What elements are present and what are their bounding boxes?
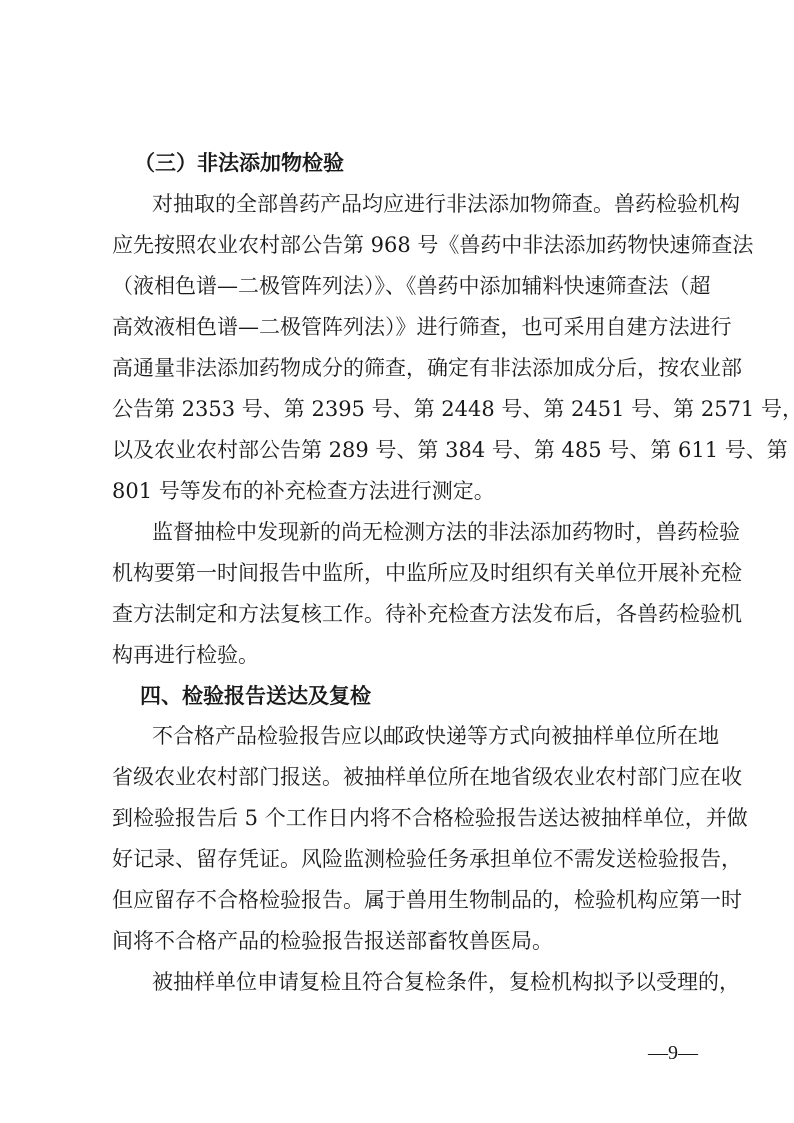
- section-heading-illegal-additives: （三）非法添加物检验: [112, 143, 690, 184]
- text-line: 801 号等发布的补充检查方法进行测定。: [112, 471, 690, 512]
- text-line: 查方法制定和方法复核工作。待补充检查方法发布后，各兽药检验机: [112, 594, 690, 635]
- page-number: —9—: [628, 1042, 698, 1065]
- text-line: （液相色谱—二极管阵列法）》、《兽药中添加辅料快速筛查法（超: [112, 266, 690, 307]
- text-line: 到检验报告后 5 个工作日内将不合格检验报告送达被抽样单位，并做: [112, 798, 690, 839]
- text-line: 应先按照农业农村部公告第 968 号《兽药中非法添加药物快速筛查法: [112, 225, 690, 266]
- text-line: 构再进行检验。: [112, 635, 690, 676]
- text-line: 但应留存不合格检验报告。属于兽用生物制品的，检验机构应第一时: [112, 880, 690, 921]
- text-line: 高通量非法添加药物成分的筛查，确定有非法添加成分后，按农业部: [112, 348, 690, 389]
- text-line: 公告第 2353 号、第 2395 号、第 2448 号、第 2451 号、第 …: [112, 389, 690, 430]
- text-line: 省级农业农村部门报送。被抽样单位所在地省级农业农村部门应在收: [112, 757, 690, 798]
- text-line: 高效液相色谱—二极管阵列法）》进行筛查，也可采用自建方法进行: [112, 307, 690, 348]
- paragraph-additive-screening: 对抽取的全部兽药产品均应进行非法添加物筛查。兽药检验机构 应先按照农业农村部公告…: [112, 184, 690, 512]
- document-body: （三）非法添加物检验 对抽取的全部兽药产品均应进行非法添加物筛查。兽药检验机构 …: [112, 143, 690, 1003]
- text-line: 间将不合格产品的检验报告报送部畜牧兽医局。: [112, 921, 690, 962]
- text-line: 机构要第一时间报告中监所，中监所应及时组织有关单位开展补充检: [112, 553, 690, 594]
- paragraph-recheck-application: 被抽样单位申请复检且符合复检条件，复检机构拟予以受理的，: [112, 962, 690, 1003]
- text-line: 监督抽检中发现新的尚无检测方法的非法添加药物时，兽药检验: [112, 512, 690, 553]
- section-heading-report-delivery: 四、检验报告送达及复检: [112, 676, 690, 716]
- text-line: 不合格产品检验报告应以邮政快递等方式向被抽样单位所在地: [112, 716, 690, 757]
- paragraph-new-substances: 监督抽检中发现新的尚无检测方法的非法添加药物时，兽药检验 机构要第一时间报告中监…: [112, 512, 690, 676]
- paragraph-report-delivery: 不合格产品检验报告应以邮政快递等方式向被抽样单位所在地 省级农业农村部门报送。被…: [112, 716, 690, 962]
- text-line: 以及农业农村部公告第 289 号、第 384 号、第 485 号、第 611 号…: [112, 430, 690, 471]
- text-line: 被抽样单位申请复检且符合复检条件，复检机构拟予以受理的，: [112, 962, 690, 1003]
- text-line: 对抽取的全部兽药产品均应进行非法添加物筛查。兽药检验机构: [112, 184, 690, 225]
- text-line: 好记录、留存凭证。风险监测检验任务承担单位不需发送检验报告，: [112, 839, 690, 880]
- document-page: （三）非法添加物检验 对抽取的全部兽药产品均应进行非法添加物筛查。兽药检验机构 …: [0, 0, 794, 1123]
